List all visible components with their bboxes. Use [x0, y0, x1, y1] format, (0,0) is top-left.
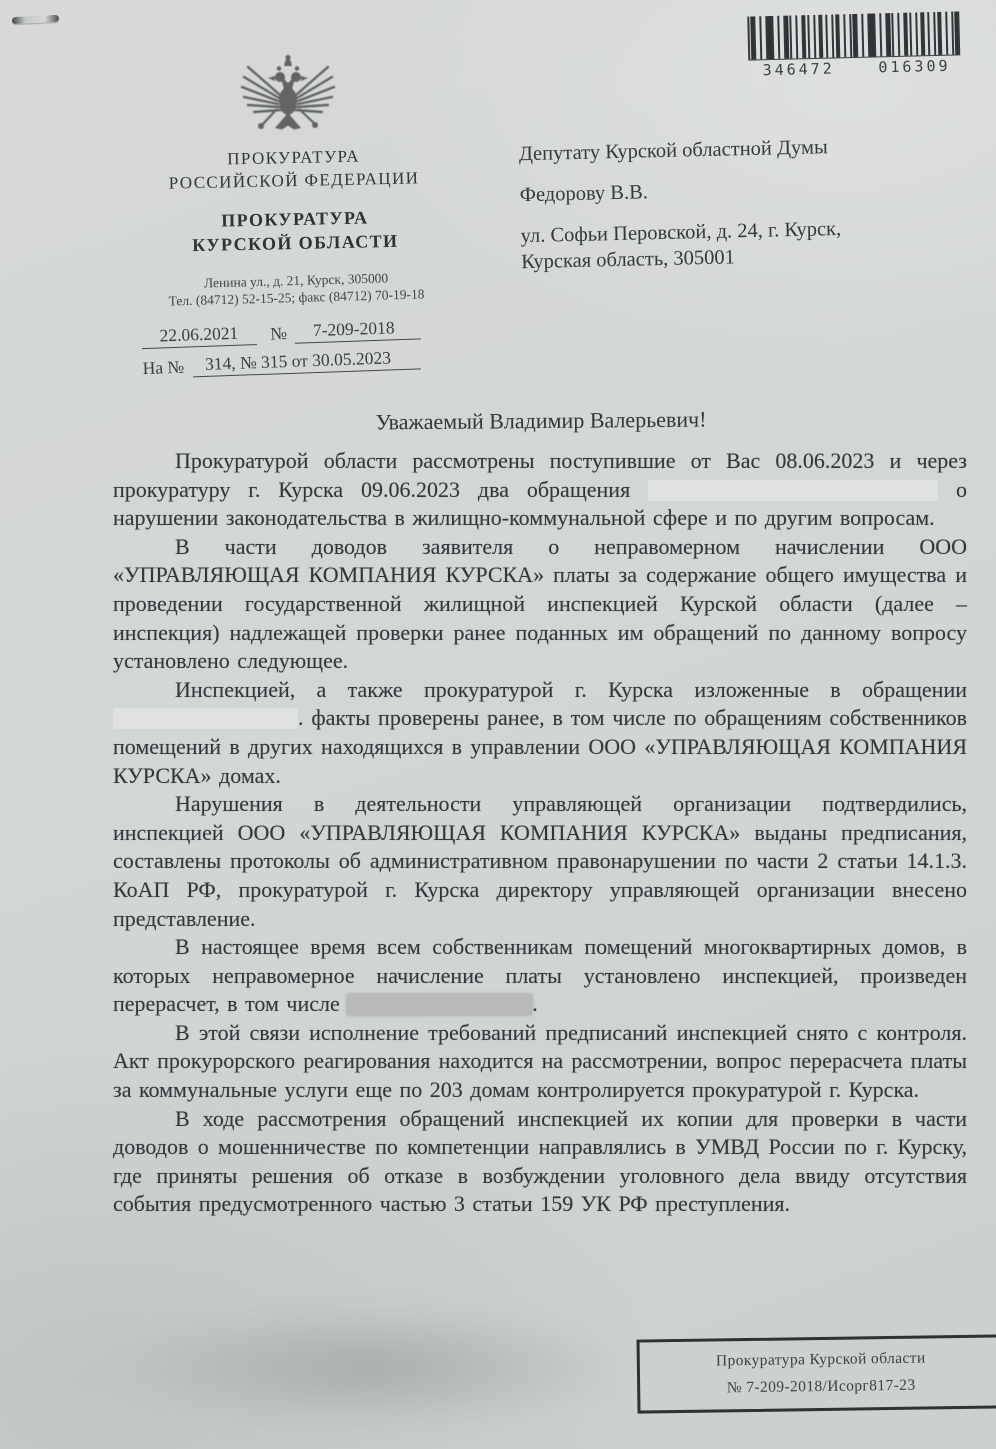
- paragraph: Нарушения в деятельности управляющей орг…: [113, 790, 967, 933]
- recipient-block: Депутату Курской областной Думы Федорову…: [519, 133, 982, 275]
- recipient-name: Федорову В.В.: [519, 174, 979, 207]
- paragraph: В настоящее время всем собственникам пом…: [113, 933, 967, 1019]
- barcode: 346472 016309: [747, 11, 960, 79]
- body-paragraphs: Прокуратурой области рассмотрены поступи…: [113, 447, 967, 1219]
- org-federation-name: ПРОКУРАТУРА РОССИЙСКОЙ ФЕДЕРАЦИИ: [126, 143, 461, 196]
- outgoing-reference-row: 22.06.2021 № 7-209-2018: [141, 314, 492, 349]
- reply-to-value: 314, № 315 от 30.05.2023: [193, 346, 422, 377]
- paragraph: В части доводов заявителя о неправомерно…: [113, 533, 967, 676]
- reference-block: 22.06.2021 № 7-209-2018 На № 314, № 315 …: [141, 314, 493, 379]
- paragraph: Прокуратурой области рассмотрены поступи…: [113, 447, 967, 533]
- barcode-right-digits: 016309: [878, 57, 951, 77]
- salutation: Уважаемый Владимир Валерьевич!: [115, 404, 967, 437]
- barcode-bars-icon: [747, 11, 960, 59]
- letterhead: ПРОКУРАТУРА РОССИЙСКОЙ ФЕДЕРАЦИИ ПРОКУРА…: [126, 143, 463, 310]
- barcode-left-digits: 346472: [762, 59, 835, 79]
- double-headed-eagle-coat-of-arms-icon: [238, 50, 338, 148]
- paragraph: В ходе рассмотрения обращений инспекцией…: [113, 1105, 967, 1219]
- recipient-title: Депутату Курской областной Думы: [519, 133, 979, 166]
- staple-mark: [12, 15, 59, 24]
- redaction-block: [347, 994, 532, 1015]
- letter-number: 7-209-2018: [295, 316, 421, 343]
- paragraph: Инспекцией, а также прокуратурой г. Курс…: [113, 676, 967, 790]
- number-sign: №: [270, 323, 287, 345]
- paragraph: В этой связи исполнение требований предп…: [113, 1019, 967, 1105]
- incoming-reference-row: На № 314, № 315 от 30.05.2023: [142, 344, 493, 379]
- photo-shadow: [40, 1280, 700, 1449]
- redaction-block: [113, 708, 298, 729]
- letterhead-contacts: Ленина ул., д. 21, Курск, 305000 Тел. (8…: [129, 267, 464, 310]
- redaction-block: [648, 480, 938, 501]
- letter-date: 22.06.2021: [141, 322, 256, 349]
- reply-to-prefix: На №: [142, 357, 184, 379]
- org-regional-name: ПРОКУРАТУРА КУРСКОЙ ОБЛАСТИ: [128, 204, 463, 259]
- scanned-letter-page: 346472 016309: [0, 0, 996, 1449]
